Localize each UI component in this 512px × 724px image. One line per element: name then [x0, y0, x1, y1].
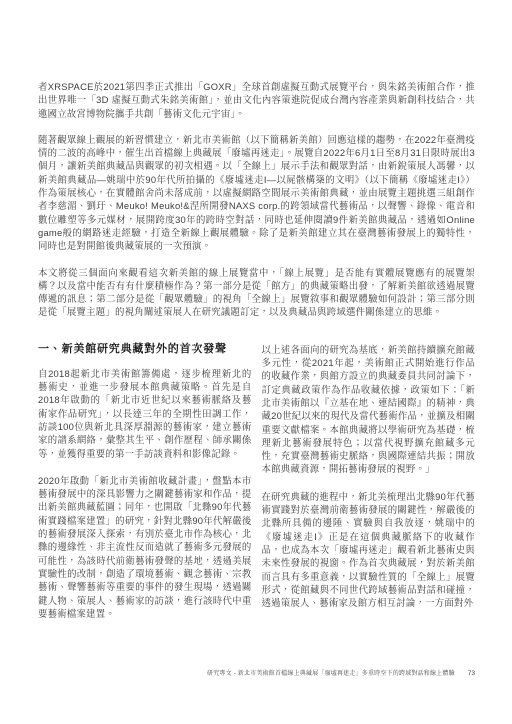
- right-column-paragraph-1: 以上述各面向的研究為基底，新美館持續擴充館藏多元性，從2021年起，美術館正式開…: [262, 343, 476, 476]
- two-column-section: 一、新美館研究典藏對外的首次發聲 自2018起新北市美術館籌備處，逐步梳理新北的…: [38, 343, 475, 620]
- intro-paragraph-1: 者XRSPACE於2021第四季正式推出「GOXR」全球首創虛擬互動式展覽平台，…: [38, 80, 475, 120]
- left-column-paragraph-2: 2020年啟動「新北市美術館收藏計畫」，盤點本市藝術發展中的深具影響力之關鍵藝術…: [38, 474, 252, 620]
- intro-section: 者XRSPACE於2021第四季正式推出「GOXR」全球首創虛擬互動式展覽平台，…: [38, 80, 475, 319]
- right-column: 以上述各面向的研究為基底，新美館持續擴充館藏多元性，從2021年起，美術館正式開…: [262, 343, 476, 610]
- page-footer: 研究專文 - 新北市美術館首檔線上典藏展「廢墟再迷走」多重時空下的跨域對話和線上…: [207, 668, 475, 677]
- right-column-paragraph-2: 在研究典藏的進程中，新北美梳理出北縣90年代藝術實踐對於臺灣前衛藝術發展的關鍵性…: [262, 490, 476, 610]
- running-title: 研究專文 - 新北市美術館首檔線上典藏展「廢墟再迷走」多重時空下的跨域對話和線上…: [207, 668, 455, 677]
- intro-paragraph-3: 本文將從三個面向來觀看這次新美館的線上展覽當中，「線上展覽」是否能有實體展覽應有…: [38, 266, 475, 319]
- intro-paragraph-2: 隨著觀眾線上觀展的新習慣建立，新北市美術館（以下簡稱新美館）回應這樣的趨勢，在2…: [38, 133, 475, 253]
- article-body: 者XRSPACE於2021第四季正式推出「GOXR」全球首創虛擬互動式展覽平台，…: [38, 80, 475, 620]
- left-column: 一、新美館研究典藏對外的首次發聲 自2018起新北市美術館籌備處，逐步梳理新北的…: [38, 343, 252, 620]
- section-heading: 一、新美館研究典藏對外的首次發聲: [38, 343, 252, 356]
- left-column-paragraph-1: 自2018起新北市美術館籌備處，逐步梳理新北的藝術史，並進一步發展本館典藏策略。…: [38, 367, 252, 460]
- page-number: 73: [468, 670, 475, 677]
- document-page: 者XRSPACE於2021第四季正式推出「GOXR」全球首創虛擬互動式展覽平台，…: [0, 0, 512, 724]
